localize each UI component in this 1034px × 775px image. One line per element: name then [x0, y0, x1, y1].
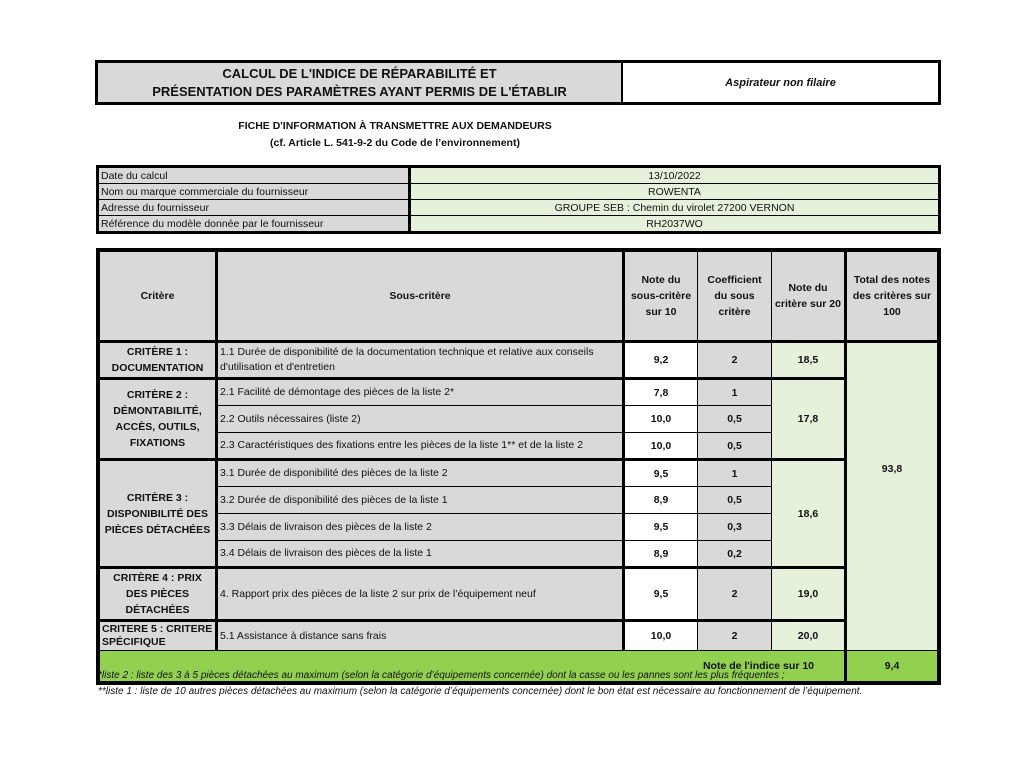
- info-row-brand: Nom ou marque commerciale du fournisseur…: [99, 184, 938, 200]
- subcriterion-coef: 2: [698, 621, 772, 651]
- info-value: RH2037WO: [410, 216, 939, 232]
- subcriterion-label: 2.1 Facilité de démontage des pièces de …: [217, 379, 624, 406]
- subcriterion-note: 10,0: [624, 406, 698, 433]
- subcriterion-coef: 2: [698, 342, 772, 379]
- table-row: CRITERE 5 : CRITERE SPÉCIFIQUE 5.1 Assis…: [100, 621, 938, 651]
- subcriterion-label: 4. Rapport prix des pièces de la liste 2…: [217, 568, 624, 621]
- criterion-label: CRITERE 5 : CRITERE SPÉCIFIQUE: [100, 621, 217, 651]
- criterion-label: CRITÈRE 4 : PRIX DES PIÈCES DÉTACHÉES: [100, 568, 217, 621]
- subcriterion-note: 7,8: [624, 379, 698, 406]
- subcriterion-label: 1.1 Durée de disponibilité de la documen…: [217, 342, 624, 379]
- document-header: CALCUL DE L'INDICE DE RÉPARABILITÉ ET PR…: [95, 60, 941, 105]
- subcriterion-note: 9,2: [624, 342, 698, 379]
- subcriterion-label: 3.4 Délais de livraison des pièces de la…: [217, 541, 624, 568]
- info-row-model: Référence du modèle donnée par le fourni…: [99, 216, 938, 232]
- subcriterion-label: 5.1 Assistance à distance sans frais: [217, 621, 624, 651]
- subcriterion-note: 9,5: [624, 460, 698, 487]
- info-label: Date du calcul: [99, 168, 410, 184]
- subcriterion-label: 3.1 Durée de disponibilité des pièces de…: [217, 460, 624, 487]
- header-coefficient: Coefficient du sous critère: [698, 252, 772, 342]
- subcriterion-label: 2.3 Caractéristiques des fixations entre…: [217, 433, 624, 460]
- table-row: CRITÈRE 2 : DÉMONTABILITÉ, ACCÈS, OUTILS…: [100, 379, 938, 406]
- info-label: Nom ou marque commerciale du fournisseur: [99, 184, 410, 200]
- header-total: Total des notes des critères sur 100: [846, 252, 938, 342]
- subcriterion-coef: 0,2: [698, 541, 772, 568]
- subcriterion-note: 8,9: [624, 487, 698, 514]
- subcriterion-coef: 0,5: [698, 406, 772, 433]
- footnote-liste-2: *liste 2 : liste des 3 à 5 pièces détach…: [98, 668, 898, 684]
- criterion-label: CRITÈRE 2 : DÉMONTABILITÉ, ACCÈS, OUTILS…: [100, 379, 217, 460]
- subtitle-line-2: (cf. Article L. 541-9-2 du Code de l’env…: [230, 135, 560, 152]
- subcriterion-note: 9,5: [624, 568, 698, 621]
- criterion-score: 20,0: [772, 621, 846, 651]
- header-note-sous-critere: Note du sous-critère sur 10: [624, 252, 698, 342]
- subtitle: FICHE D'INFORMATION À TRANSMETTRE AUX DE…: [230, 118, 560, 152]
- header-note-critere: Note du critère sur 20: [772, 252, 846, 342]
- criterion-label: CRITÈRE 1 : DOCUMENTATION: [100, 342, 217, 379]
- table-row: CRITÈRE 1 : DOCUMENTATION 1.1 Durée de d…: [100, 342, 938, 379]
- header-critere: Critère: [100, 252, 217, 342]
- info-value: 13/10/2022: [410, 168, 939, 184]
- subtitle-line-1: FICHE D'INFORMATION À TRANSMETTRE AUX DE…: [230, 118, 560, 135]
- product-type: Aspirateur non filaire: [623, 63, 938, 102]
- subcriterion-coef: 1: [698, 460, 772, 487]
- info-label: Référence du modèle donnée par le fourni…: [99, 216, 410, 232]
- criterion-score: 17,8: [772, 379, 846, 460]
- subcriterion-label: 2.2 Outils nécessaires (liste 2): [217, 406, 624, 433]
- total-score: 93,8: [846, 342, 938, 651]
- subcriterion-coef: 2: [698, 568, 772, 621]
- criterion-score: 18,5: [772, 342, 846, 379]
- info-row-address: Adresse du fournisseur GROUPE SEB : Chem…: [99, 200, 938, 216]
- table-row: CRITÈRE 4 : PRIX DES PIÈCES DÉTACHÉES 4.…: [100, 568, 938, 621]
- subcriterion-coef: 0,5: [698, 433, 772, 460]
- title-line-2: PRÉSENTATION DES PARAMÈTRES AYANT PERMIS…: [152, 83, 567, 101]
- title-line-1: CALCUL DE L'INDICE DE RÉPARABILITÉ ET: [222, 65, 496, 83]
- subcriterion-coef: 0,3: [698, 514, 772, 541]
- table-row: CRITÈRE 3 : DISPONIBILITÉ DES PIÈCES DÉT…: [100, 460, 938, 487]
- info-value: GROUPE SEB : Chemin du virolet 27200 VER…: [410, 200, 939, 216]
- criterion-score: 19,0: [772, 568, 846, 621]
- table-header-row: Critère Sous-critère Note du sous-critèr…: [100, 252, 938, 342]
- subcriterion-label: 3.2 Durée de disponibilité des pièces de…: [217, 487, 624, 514]
- subcriterion-note: 10,0: [624, 433, 698, 460]
- header-sous-critere: Sous-critère: [217, 252, 624, 342]
- subcriterion-note: 8,9: [624, 541, 698, 568]
- criterion-label: CRITÈRE 3 : DISPONIBILITÉ DES PIÈCES DÉT…: [100, 460, 217, 568]
- info-value: ROWENTA: [410, 184, 939, 200]
- criterion-score: 18,6: [772, 460, 846, 568]
- subcriterion-coef: 0,5: [698, 487, 772, 514]
- subcriterion-coef: 1: [698, 379, 772, 406]
- info-label: Adresse du fournisseur: [99, 200, 410, 216]
- footnote-liste-1: **liste 1 : liste de 10 autres pièces dé…: [98, 684, 898, 700]
- document-title: CALCUL DE L'INDICE DE RÉPARABILITÉ ET PR…: [98, 63, 623, 102]
- repairability-table: Critère Sous-critère Note du sous-critèr…: [96, 248, 941, 685]
- footnotes: *liste 2 : liste des 3 à 5 pièces détach…: [98, 668, 898, 700]
- subcriterion-note: 10,0: [624, 621, 698, 651]
- info-row-date: Date du calcul 13/10/2022: [99, 168, 938, 184]
- supplier-info-table: Date du calcul 13/10/2022 Nom ou marque …: [96, 165, 941, 234]
- subcriterion-label: 3.3 Délais de livraison des pièces de la…: [217, 514, 624, 541]
- subcriterion-note: 9,5: [624, 514, 698, 541]
